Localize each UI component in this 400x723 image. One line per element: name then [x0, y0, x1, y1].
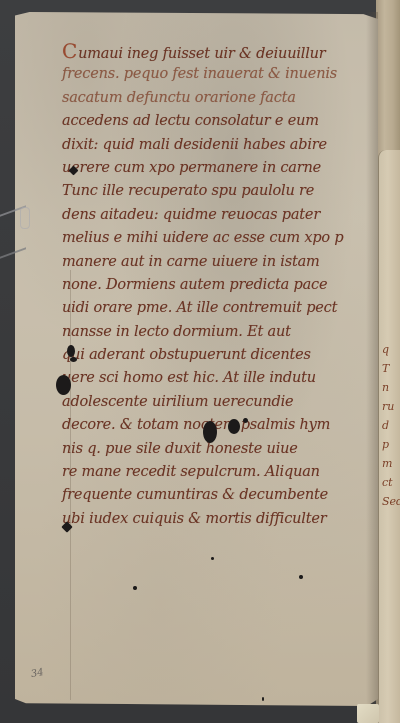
ink-blot [56, 375, 71, 395]
ink-blot [70, 357, 77, 362]
text-line: accedens ad lectu consolatur e eum [62, 110, 362, 133]
ink-speck [262, 697, 264, 701]
initial-letter: C [62, 39, 77, 63]
ink-blot [203, 421, 217, 443]
manuscript-text-block: Cumaui ineg fuisset uir & deiuuillur fre… [62, 40, 362, 531]
text-line-1-rest: umaui ineg fuisset uir & deiuuillur [78, 46, 325, 62]
ink-speck [133, 586, 137, 590]
text-line: frequente cumuntiras & decumbente [62, 484, 362, 507]
text-line: dens aitadeu: quidme reuocas pater [62, 204, 362, 227]
text-line: qui aderant obstupuerunt dicentes [62, 344, 362, 367]
folio-number: 34 [30, 667, 44, 680]
text-line: frecens. pequo fest inauerat & inuenis [62, 63, 362, 86]
ink-blot [67, 345, 75, 357]
binding-tab [357, 704, 379, 723]
text-line: adolescente uirilium uerecundie [62, 391, 362, 414]
ink-speck [299, 575, 303, 579]
holding-clip-end [20, 207, 30, 229]
adjacent-folio-text: q T n ru d p m ct Sed [382, 340, 400, 511]
ink-speck [211, 557, 214, 560]
text-line: uerere cum xpo permanere in carne [62, 157, 362, 180]
text-line: uidi orare pme. At ille contremuit pect [62, 297, 362, 320]
text-line: ubi iudex cuiquis & mortis difficulter [62, 508, 362, 531]
leaf-edge-shadow [366, 12, 378, 706]
text-line: melius e mihi uidere ac esse cum xpo p [62, 227, 362, 250]
ink-blot [228, 419, 240, 434]
text-line: sacatum defunctu orarione facta [62, 87, 362, 110]
ink-blot [243, 418, 248, 423]
text-line: uere sci homo est hic. At ille indutu [62, 367, 362, 390]
text-line: manere aut in carne uiuere in istam [62, 251, 362, 274]
text-line: re mane recedit sepulcrum. Aliquan [62, 461, 362, 484]
text-line: none. Dormiens autem predicta pace [62, 274, 362, 297]
text-line: Tunc ille recuperato spu paulolu re [62, 180, 362, 203]
text-line: dixit: quid mali desidenii habes abire [62, 134, 362, 157]
text-line: nansse in lecto dormium. Et aut [62, 321, 362, 344]
text-line-1: Cumaui ineg fuisset uir & deiuuillur [62, 40, 362, 63]
